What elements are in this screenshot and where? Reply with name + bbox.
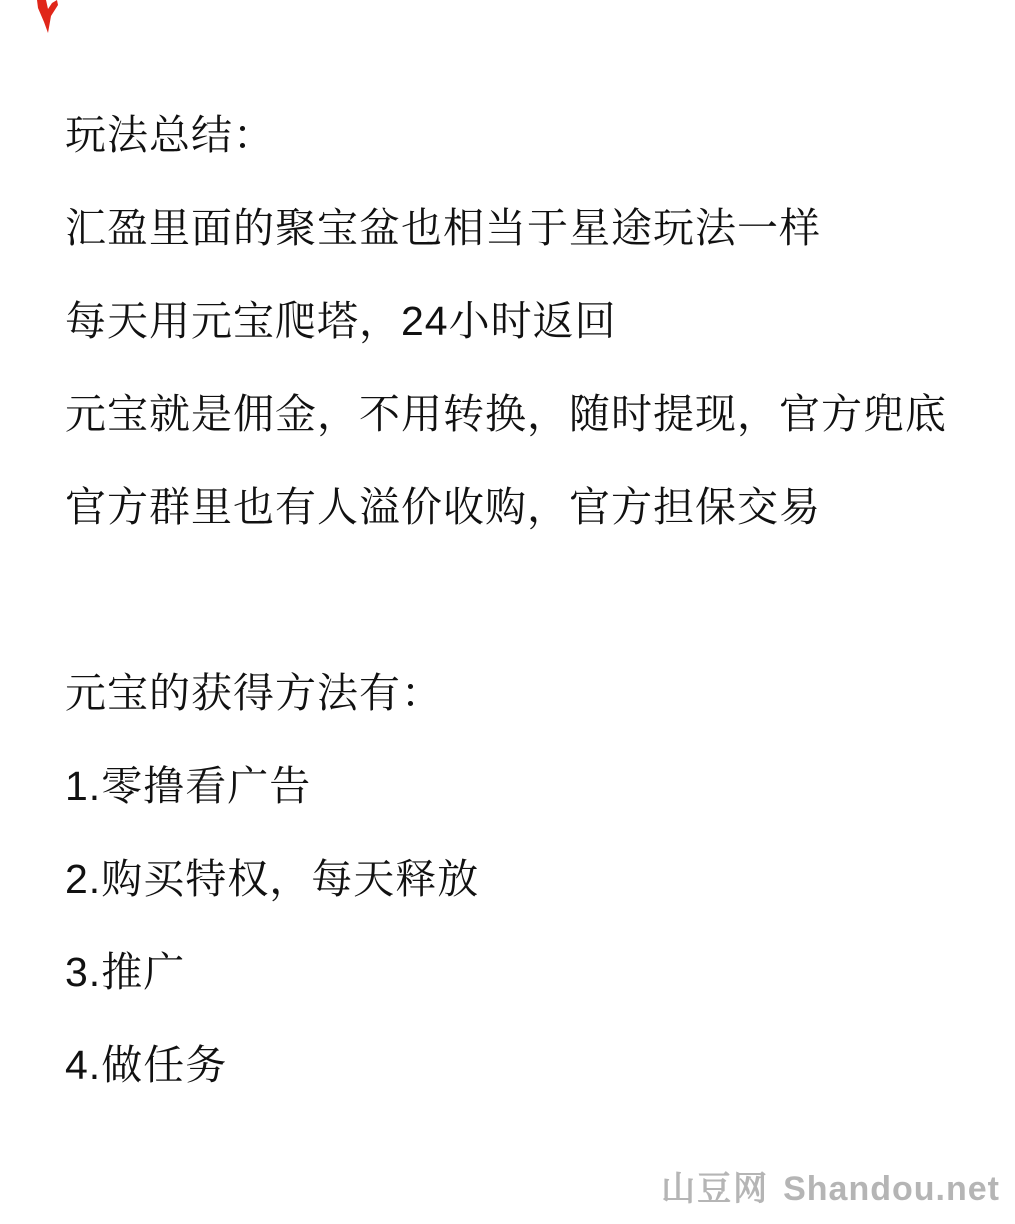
paragraph-1: 汇盈里面的聚宝盆也相当于星途玩法一样 — [65, 182, 995, 275]
blank-line — [65, 554, 995, 647]
paragraph-4: 官方群里也有人溢价收购，官方担保交易 — [65, 461, 995, 554]
red-scribble-mark — [36, 0, 58, 34]
watermark-site: Shandou.net — [783, 1170, 1000, 1208]
list-item-3: 3.推广 — [65, 926, 995, 1019]
list-item-4: 4.做任务 — [65, 1019, 995, 1112]
watermark-logo: 山豆网 — [661, 1170, 769, 1208]
text-content: 玩法总结： 汇盈里面的聚宝盆也相当于星途玩法一样 每天用元宝爬塔，24小时返回 … — [65, 89, 995, 1112]
page: 玩法总结： 汇盈里面的聚宝盆也相当于星途玩法一样 每天用元宝爬塔，24小时返回 … — [0, 0, 1015, 1224]
paragraph-2: 每天用元宝爬塔，24小时返回 — [65, 275, 995, 368]
section2-title: 元宝的获得方法有： — [65, 647, 995, 740]
paragraph-3: 元宝就是佣金，不用转换，随时提现，官方兜底 — [65, 368, 995, 461]
title: 玩法总结： — [65, 89, 995, 182]
list-item-2: 2.购买特权，每天释放 — [65, 833, 995, 926]
list-item-1: 1.零撸看广告 — [65, 740, 995, 833]
watermark: 山豆网Shandou.net — [661, 1161, 1000, 1210]
